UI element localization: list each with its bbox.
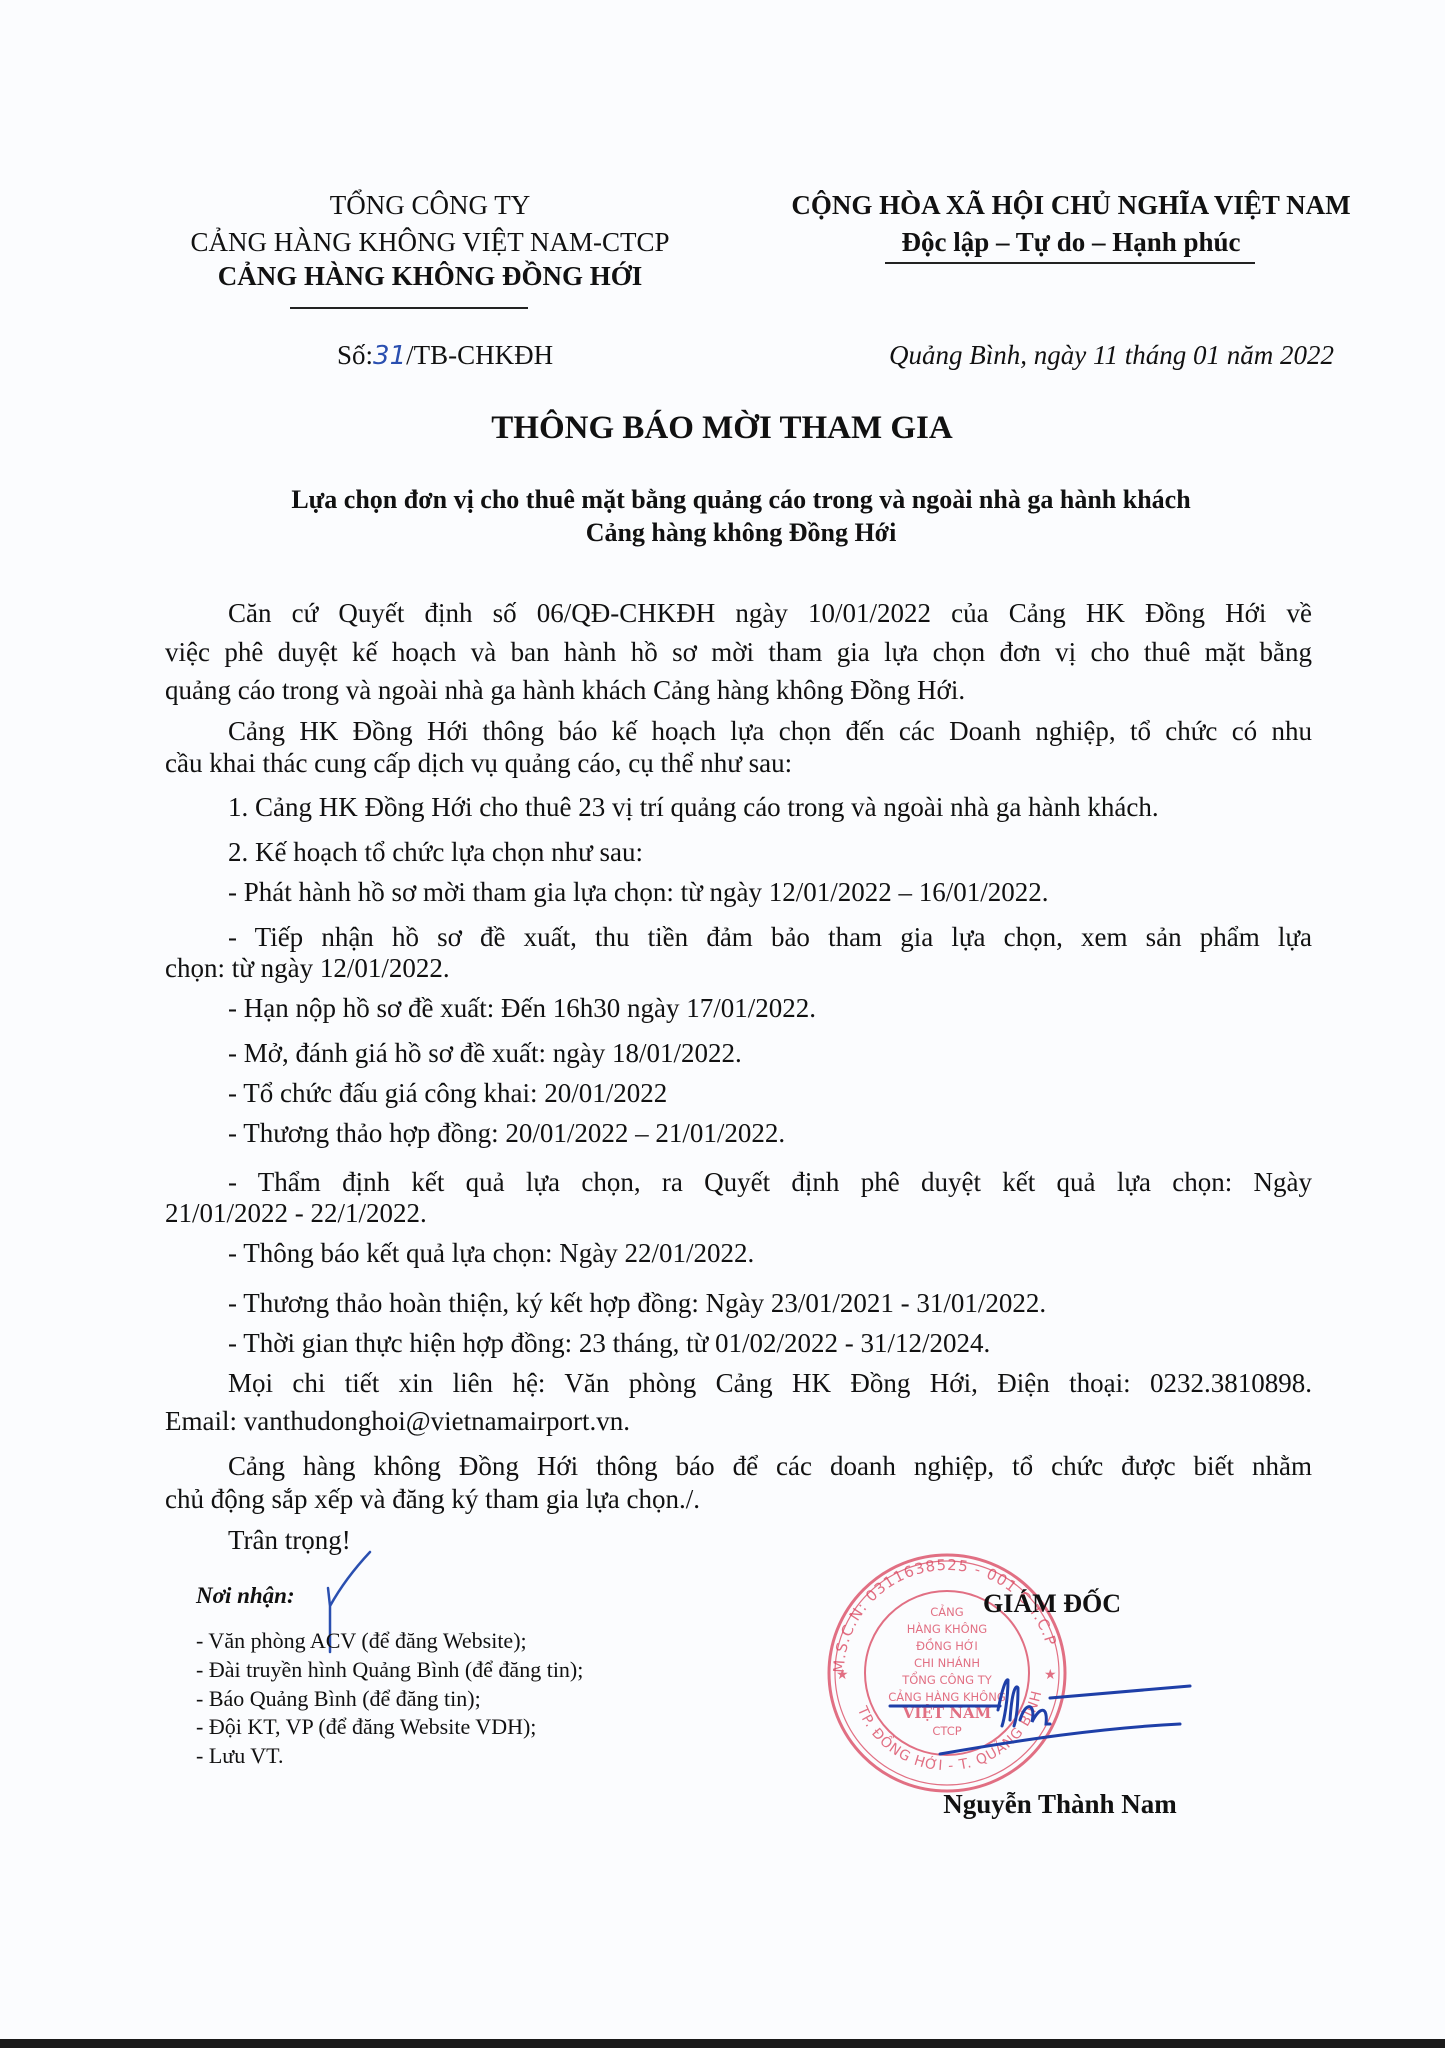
recipient-item: - Đội KT, VP (để đăng Website VDH); (196, 1716, 536, 1738)
document-number: Số:31/TB-CHKĐH (337, 342, 553, 369)
para1-line3: quảng cáo trong và ngoài nhà ga hành khá… (165, 677, 965, 704)
list-item-1: 1. Cảng HK Đồng Hới cho thuê 23 vị trí q… (228, 794, 1159, 821)
closing-line2: chủ động sắp xếp và đăng ký tham gia lựa… (165, 1486, 700, 1513)
recipients-label: Nơi nhận: (196, 1583, 295, 1609)
svg-text:HÀNG KHÔNG: HÀNG KHÔNG (907, 1621, 987, 1636)
nation-motto: Độc lập – Tự do – Hạnh phúc (901, 229, 1240, 256)
signer-position: GIÁM ĐỐC (983, 1589, 1121, 1619)
document-number-suffix: /TB-CHKĐH (406, 340, 553, 370)
subtitle-line2: Cảng hàng không Đồng Hới (586, 518, 897, 548)
org-parent-line1: TỔNG CÔNG TY (330, 192, 531, 219)
schedule-duration: - Thời gian thực hiện hợp đồng: 23 tháng… (228, 1330, 990, 1357)
para2-line1: Cảng HK Đồng Hới thông báo kế hoạch lựa … (228, 718, 1312, 745)
svg-text:★: ★ (836, 1667, 849, 1683)
recipient-item: - Đài truyền hình Quảng Bình (để đăng ti… (196, 1659, 583, 1681)
schedule-issue: - Phát hành hồ sơ mời tham gia lựa chọn:… (228, 879, 1049, 906)
contact-email[interactable]: Email: vanthudonghoi@vietnamairport.vn. (165, 1408, 630, 1435)
recipient-item: - Lưu VT. (196, 1745, 283, 1767)
schedule-announce: - Thông báo kết quả lựa chọn: Ngày 22/01… (228, 1240, 754, 1267)
svg-text:CẢNG: CẢNG (930, 1603, 963, 1619)
signature-icon (880, 1670, 1200, 1760)
schedule-negotiate: - Thương thảo hợp đồng: 20/01/2022 – 21/… (228, 1120, 785, 1147)
schedule-auction: - Tổ chức đấu giá công khai: 20/01/2022 (228, 1080, 667, 1107)
svg-text:CHI NHÁNH: CHI NHÁNH (914, 1655, 980, 1670)
list-item-2: 2. Kế hoạch tổ chức lựa chọn như sau: (228, 839, 643, 866)
scan-edge (0, 2039, 1445, 2048)
subtitle-line1: Lựa chọn đơn vị cho thuê mặt bằng quảng … (291, 485, 1190, 515)
para2-line2: cầu khai thác cung cấp dịch vụ quảng cáo… (165, 750, 792, 777)
schedule-receive-line1: - Tiếp nhận hồ sơ đề xuất, thu tiền đảm … (228, 924, 1312, 951)
schedule-receive-line2: chọn: từ ngày 12/01/2022. (165, 955, 450, 982)
para1-line1: Căn cứ Quyết định số 06/QĐ-CHKĐH ngày 10… (228, 600, 1312, 627)
header-right-rule (885, 262, 1255, 264)
closing-line1: Cảng hàng không Đồng Hới thông báo để cá… (228, 1453, 1312, 1480)
contact-line1: Mọi chi tiết xin liên hệ: Văn phòng Cảng… (228, 1370, 1312, 1397)
schedule-deadline: - Hạn nộp hồ sơ đề xuất: Đến 16h30 ngày … (228, 995, 816, 1022)
schedule-sign: - Thương thảo hoàn thiện, ký kết hợp đồn… (228, 1290, 1046, 1317)
recipient-item: - Văn phòng ACV (để đăng Website); (196, 1630, 527, 1652)
document-number-prefix: Số: (337, 340, 373, 370)
svg-text:ĐỒNG HỚI: ĐỒNG HỚI (916, 1637, 978, 1653)
recipient-item: - Báo Quảng Bình (để đăng tin); (196, 1688, 481, 1710)
document-title: THÔNG BÁO MỜI THAM GIA (491, 410, 952, 447)
org-parent-line2: CẢNG HÀNG KHÔNG VIỆT NAM-CTCP (190, 229, 669, 256)
para1-line2: việc phê duyệt kế hoạch và ban hành hồ s… (165, 639, 1312, 666)
document-date: Quảng Bình, ngày 11 tháng 01 năm 2022 (889, 342, 1334, 369)
schedule-open: - Mở, đánh giá hồ sơ đề xuất: ngày 18/01… (228, 1040, 742, 1067)
org-name: CẢNG HÀNG KHÔNG ĐỒNG HỚI (218, 263, 643, 290)
signer-name: Nguyễn Thành Nam (943, 1789, 1177, 1820)
nation-title: CỘNG HÒA XÃ HỘI CHỦ NGHĨA VIỆT NAM (791, 192, 1350, 219)
header-left-rule (290, 307, 528, 309)
schedule-appraise-line2: 21/01/2022 - 22/1/2022. (165, 1200, 427, 1227)
schedule-appraise-line1: - Thẩm định kết quả lựa chọn, ra Quyết đ… (228, 1169, 1312, 1196)
handwritten-number: 31 (373, 341, 406, 371)
